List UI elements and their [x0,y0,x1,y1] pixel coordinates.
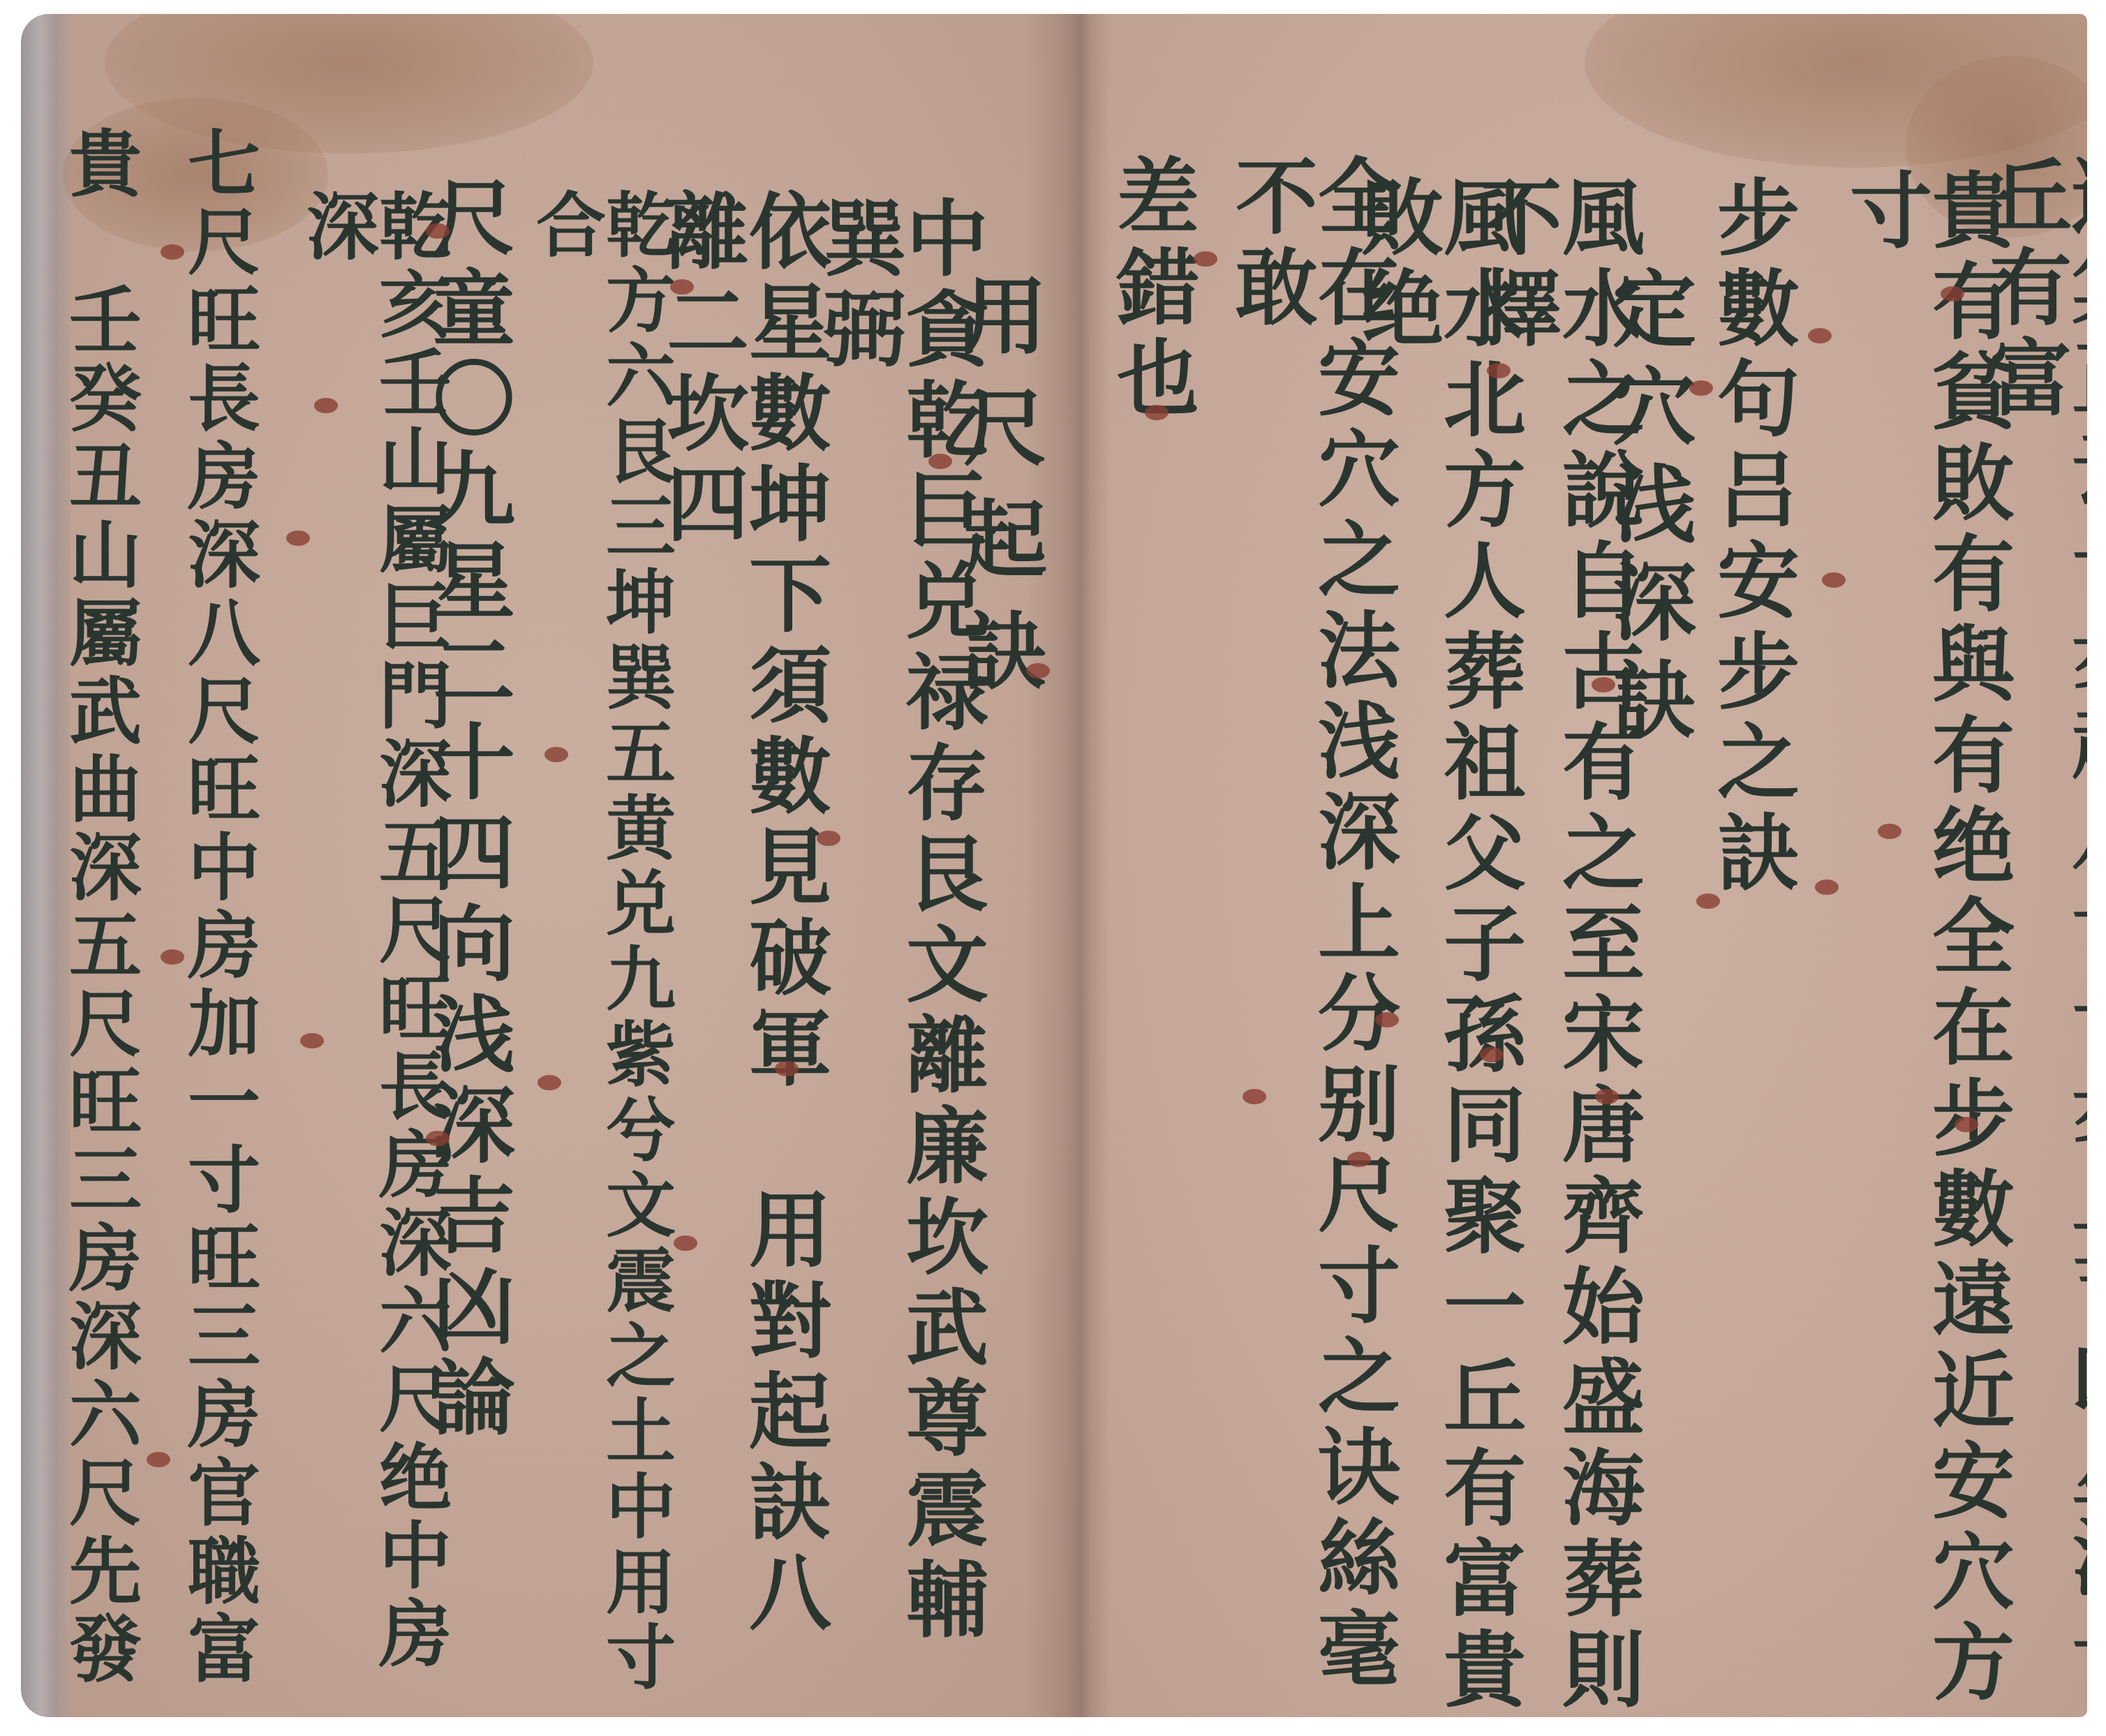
punctuation-mark [1026,663,1050,678]
punctuation-mark [1480,1047,1504,1062]
punctuation-mark [928,454,952,469]
punctuation-mark [1347,1152,1371,1167]
text-column: 依星數坤下須數見破軍 用對起訣八離二坎四 [660,188,824,1717]
punctuation-mark [670,279,694,295]
punctuation-mark [1194,251,1217,267]
punctuation-mark [544,747,568,762]
text-column: 中貪乾巨兑禄存艮文離廉坎武尊震輔巽弼 [817,195,981,1717]
punctuation-mark [817,831,840,846]
punctuation-mark [1822,572,1846,588]
spine-shadow [1026,14,1082,1717]
text-column: 貴有貧敗有與有绝全在步數遠近安穴方寸 [1843,168,2008,1717]
punctuation-mark [147,1452,170,1467]
punctuation-mark [1878,824,1901,839]
punctuation-mark [314,398,338,413]
left-page: 用尺起訣 中貪乾巨兑禄存艮文離廉坎武尊震輔巽弼 依星數坤下須數見破軍 用對起訣八… [21,14,1082,1717]
text-column: 乾亥壬山屬巨門深五尺旺長房深六尺绝中房深 [300,188,445,1717]
text-column: 七尺旺長房深八尺旺中房加一寸旺三房官職富 [181,126,254,1689]
punctuation-mark [1595,1089,1619,1104]
punctuation-mark [1487,363,1511,378]
right-page: 進集正云一步起八十一步止吉凶星法一丘有富 貴有貧敗有與有绝全在步數遠近安穴方寸 … [1082,14,2087,1717]
punctuation-mark [1689,380,1713,396]
punctuation-mark [426,223,450,239]
text-column: 貴 壬癸丑山屬武曲深五尺旺三房深六尺先發 [63,126,135,1689]
punctuation-mark [1145,405,1169,420]
punctuation-mark [1243,1089,1266,1104]
punctuation-mark [161,244,184,260]
punctuation-mark [161,949,184,965]
punctuation-mark [674,1236,697,1251]
punctuation-mark [1955,1117,1978,1132]
punctuation-mark [1815,880,1839,895]
text-column: 差錯也 [1110,154,1192,426]
punctuation-mark [1375,1012,1399,1027]
text-column: 乾方六艮三坤巽五黄兑九紫兮文震之土中用寸合 [531,188,670,1717]
punctuation-mark [1808,328,1832,343]
punctuation-mark [775,1061,799,1076]
punctuation-mark [300,1033,324,1048]
punctuation-mark [426,1131,450,1146]
manuscript-spread: 用尺起訣 中貪乾巨兑禄存艮文離廉坎武尊震輔巽弼 依星數坤下須數見破軍 用對起訣八… [21,14,2066,1717]
punctuation-mark [286,531,310,546]
punctuation-mark [1941,286,1964,302]
punctuation-mark [1592,677,1615,692]
punctuation-mark [1696,893,1720,909]
text-column: 全在安穴之法浅深上分别尺寸之诀絲毫不敢 [1229,154,1393,1717]
punctuation-mark [537,1075,561,1090]
text-column: 步數句吕安步之訣 [1710,175,1793,900]
